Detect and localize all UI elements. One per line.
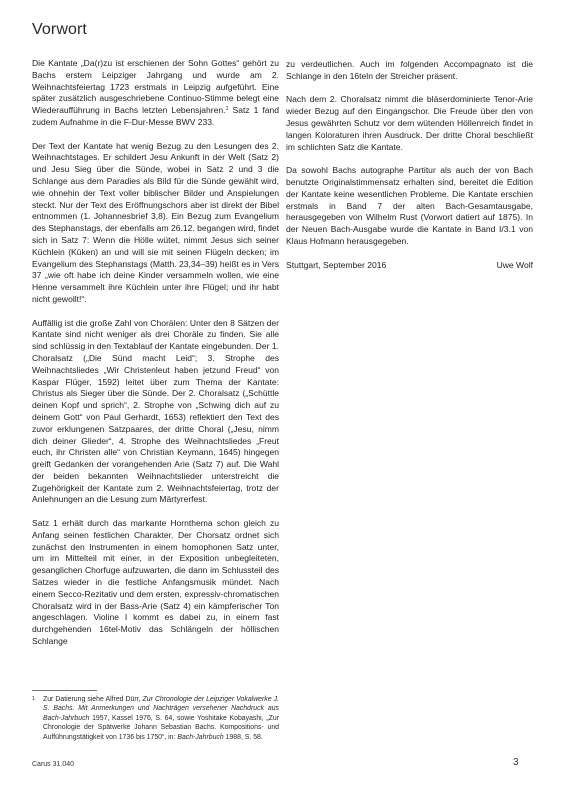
- paragraph-edition: Da sowohl Bachs autographe Partitur als …: [286, 165, 533, 248]
- publisher-code: Carus 31.040: [32, 761, 74, 768]
- paragraph-movements: Satz 1 erhält durch das markante Hornthe…: [32, 518, 279, 648]
- footnote-seg: Zur Datierung siehe Alfred Dürr,: [43, 696, 143, 703]
- signature-line: Stuttgart, September 2016 Uwe Wolf: [286, 260, 533, 272]
- page-number: 3: [513, 757, 519, 768]
- paragraph-intro: Die Kantate „Da(r)zu ist erschienen der …: [32, 58, 279, 129]
- right-column: zu verdeutlichen. Auch im folgenden Acco…: [286, 59, 533, 271]
- paragraph-accompagnato: zu verdeutlichen. Auch im folgenden Acco…: [286, 59, 533, 83]
- paragraph-chorales: Auffällig ist die große Zahl von Choräle…: [32, 318, 279, 507]
- footnote-divider: [32, 690, 97, 691]
- footnote-journal-title: Bach-Jahrbuch: [177, 734, 223, 741]
- footnote: 1 Zur Datierung siehe Alfred Dürr, Zur C…: [32, 695, 279, 742]
- footnote-number: 1: [32, 695, 43, 742]
- author-name: Uwe Wolf: [497, 260, 533, 272]
- paragraph-text-reference: Der Text der Kantate hat wenig Bezug zu …: [32, 141, 279, 306]
- place-date: Stuttgart, September 2016: [286, 260, 386, 272]
- page-title: Vorwort: [32, 21, 87, 39]
- left-column: Die Kantate „Da(r)zu ist erschienen der …: [32, 58, 279, 648]
- footnote-text: Zur Datierung siehe Alfred Dürr, Zur Chr…: [43, 695, 279, 742]
- footnote-seg: 1988, S. 58.: [224, 734, 263, 741]
- paragraph-tenor-aria: Nach dem 2. Choralsatz nimmt die bläserd…: [286, 94, 533, 153]
